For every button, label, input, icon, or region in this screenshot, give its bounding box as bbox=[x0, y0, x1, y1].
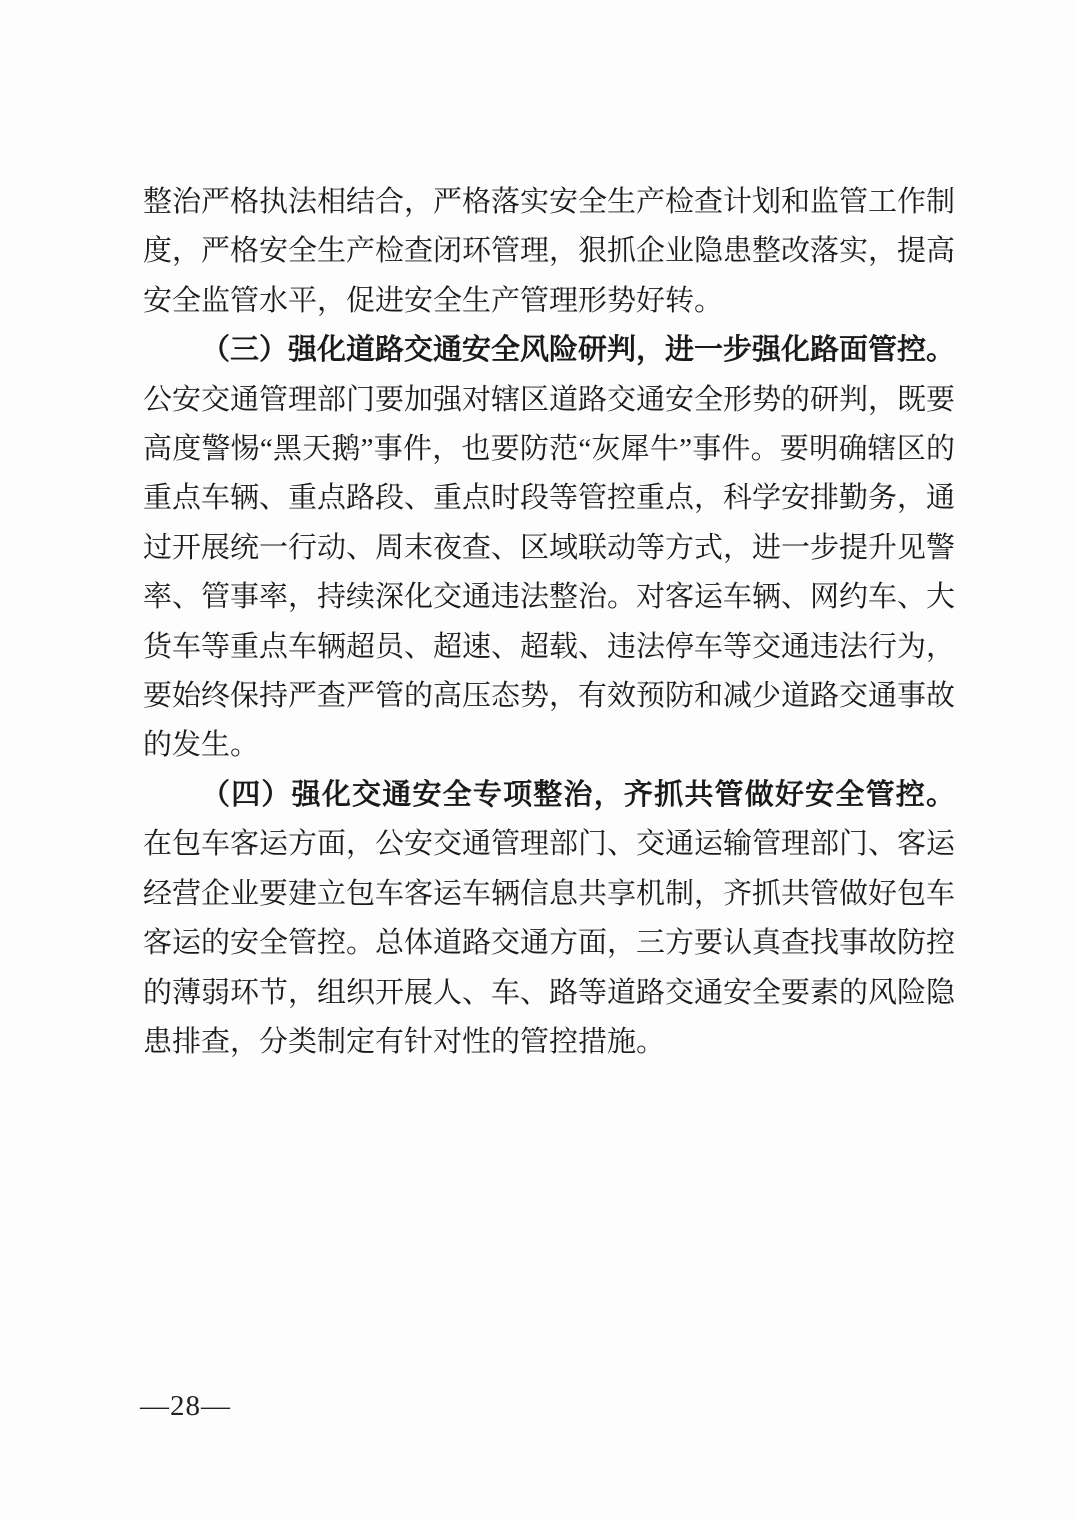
paragraph: （三）强化道路交通安全风险研判，进一步强化路面管控。公安交通管理部门要加强对辖区… bbox=[143, 326, 955, 771]
paragraph-text: 公安交通管理部门要加强对辖区道路交通安全形势的研判，既要高度警惕“黑天鹅”事件，… bbox=[143, 384, 955, 762]
paragraph: （四）强化交通安全专项整治，齐抓共管做好安全管控。在包车客运方面，公安交通管理部… bbox=[143, 771, 955, 1067]
document-page: 整治严格执法相结合，严格落实安全生产检查计划和监管工作制度，严格安全生产检查闭环… bbox=[0, 0, 1074, 1520]
paragraph-text: 在包车客运方面，公安交通管理部门、交通运输管理部门、客运经营企业要建立包车客运车… bbox=[143, 828, 955, 1058]
section-heading: （三）强化道路交通安全风险研判，进一步强化路面管控。 bbox=[201, 334, 955, 366]
paragraph: 整治严格执法相结合，严格落实安全生产检查计划和监管工作制度，严格安全生产检查闭环… bbox=[143, 178, 955, 326]
section-heading: （四）强化交通安全专项整治，齐抓共管做好安全管控。 bbox=[201, 779, 955, 811]
document-body: 整治严格执法相结合，严格落实安全生产检查计划和监管工作制度，严格安全生产检查闭环… bbox=[143, 178, 955, 1067]
page-number: —28— bbox=[140, 1390, 231, 1423]
paragraph-text: 整治严格执法相结合，严格落实安全生产检查计划和监管工作制度，严格安全生产检查闭环… bbox=[143, 186, 955, 317]
